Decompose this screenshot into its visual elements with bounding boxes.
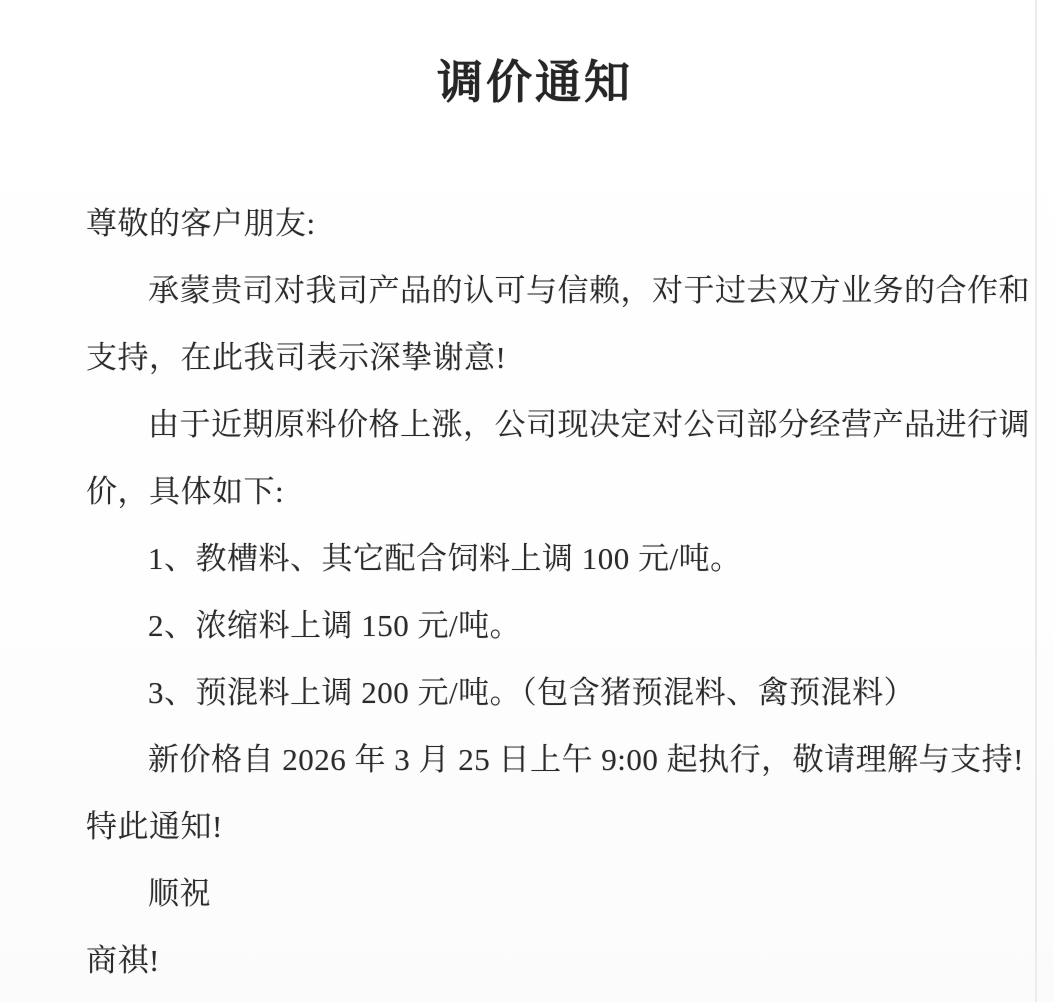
- text-line: 顺祝: [86, 860, 968, 927]
- text-line: 2、浓缩料上调 150 元/吨。: [86, 592, 968, 659]
- text-line: 承蒙贵司对我司产品的认可与信赖，对于过去双方业务的合作和: [86, 257, 968, 324]
- text-line: 支持，在此我司表示深挚谢意!: [86, 324, 968, 391]
- text-line: 价，具体如下:: [86, 458, 968, 525]
- text-line: 特此通知!: [86, 793, 968, 860]
- text-line: 3、预混料上调 200 元/吨。（包含猪预混料、禽预混料）: [86, 659, 968, 726]
- notice-page: 调价通知 尊敬的客户朋友:承蒙贵司对我司产品的认可与信赖，对于过去双方业务的合作…: [0, 0, 1054, 1002]
- text-line: 1、教槽料、其它配合饲料上调 100 元/吨。: [86, 525, 968, 592]
- text-line: 新价格自 2026 年 3 月 25 日上午 9:00 起执行，敬请理解与支持!: [86, 726, 968, 793]
- scan-edge-line: [1035, 0, 1037, 1002]
- text-line: 商祺!: [86, 927, 968, 994]
- text-line: 由于近期原料价格上涨，公司现决定对公司部分经营产品进行调: [86, 391, 968, 458]
- page-title: 调价通知: [0, 0, 1054, 112]
- text-line: 尊敬的客户朋友:: [86, 190, 968, 257]
- document-lines: 尊敬的客户朋友:承蒙贵司对我司产品的认可与信赖，对于过去双方业务的合作和支持，在…: [0, 190, 1054, 994]
